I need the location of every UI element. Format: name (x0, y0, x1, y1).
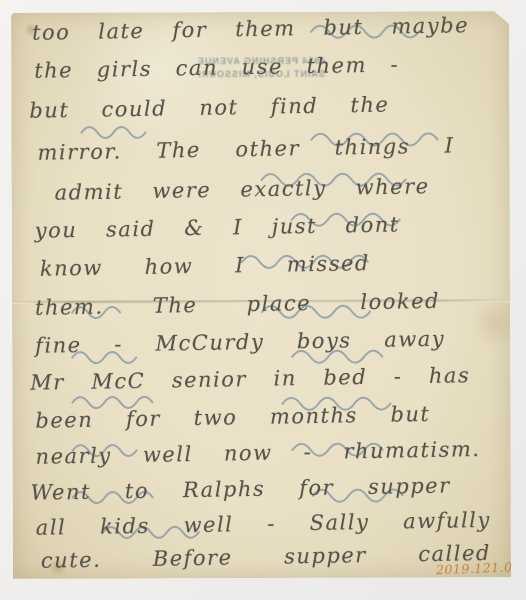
letter-page: 4954 PERSHING AVENUE SAINT LOUIS, MISSOU… (11, 11, 511, 579)
